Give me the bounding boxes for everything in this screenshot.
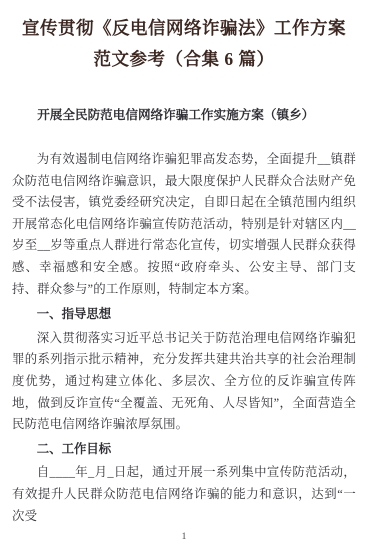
section-heading-guiding-ideology: 一、指导思想 (12, 304, 356, 326)
document-title: 宣传贯彻《反电信网络诈骗法》工作方案 范文参考（合集 6 篇） (12, 13, 356, 75)
paragraph-guiding-ideology: 深入贯彻落实习近平总书记关于防范治理电信网络诈骗犯罪的系列指示批示精神，充分发挥… (12, 328, 356, 436)
page-number: 1 (0, 532, 368, 542)
document-title-line-1: 宣传贯彻《反电信网络诈骗法》工作方案 (12, 13, 356, 44)
document-page: 宣传贯彻《反电信网络诈骗法》工作方案 范文参考（合集 6 篇） 开展全民防范电信… (0, 0, 368, 550)
paragraph-intro: 为有效遏制电信网络诈骗犯罪高发态势，全面提升__镇群众防范电信网络诈骗意识，最大… (12, 149, 356, 300)
paragraph-work-goals: 自____年_月_日起，通过开展一系列集中宣传防范活动，有效提升人民群众防范电信… (12, 462, 356, 527)
document-subtitle: 开展全民防范电信网络诈骗工作实施方案（镇乡） (12, 104, 356, 126)
section-heading-work-goals: 二、工作目标 (12, 439, 356, 461)
document-title-line-2: 范文参考（合集 6 篇） (12, 44, 356, 75)
